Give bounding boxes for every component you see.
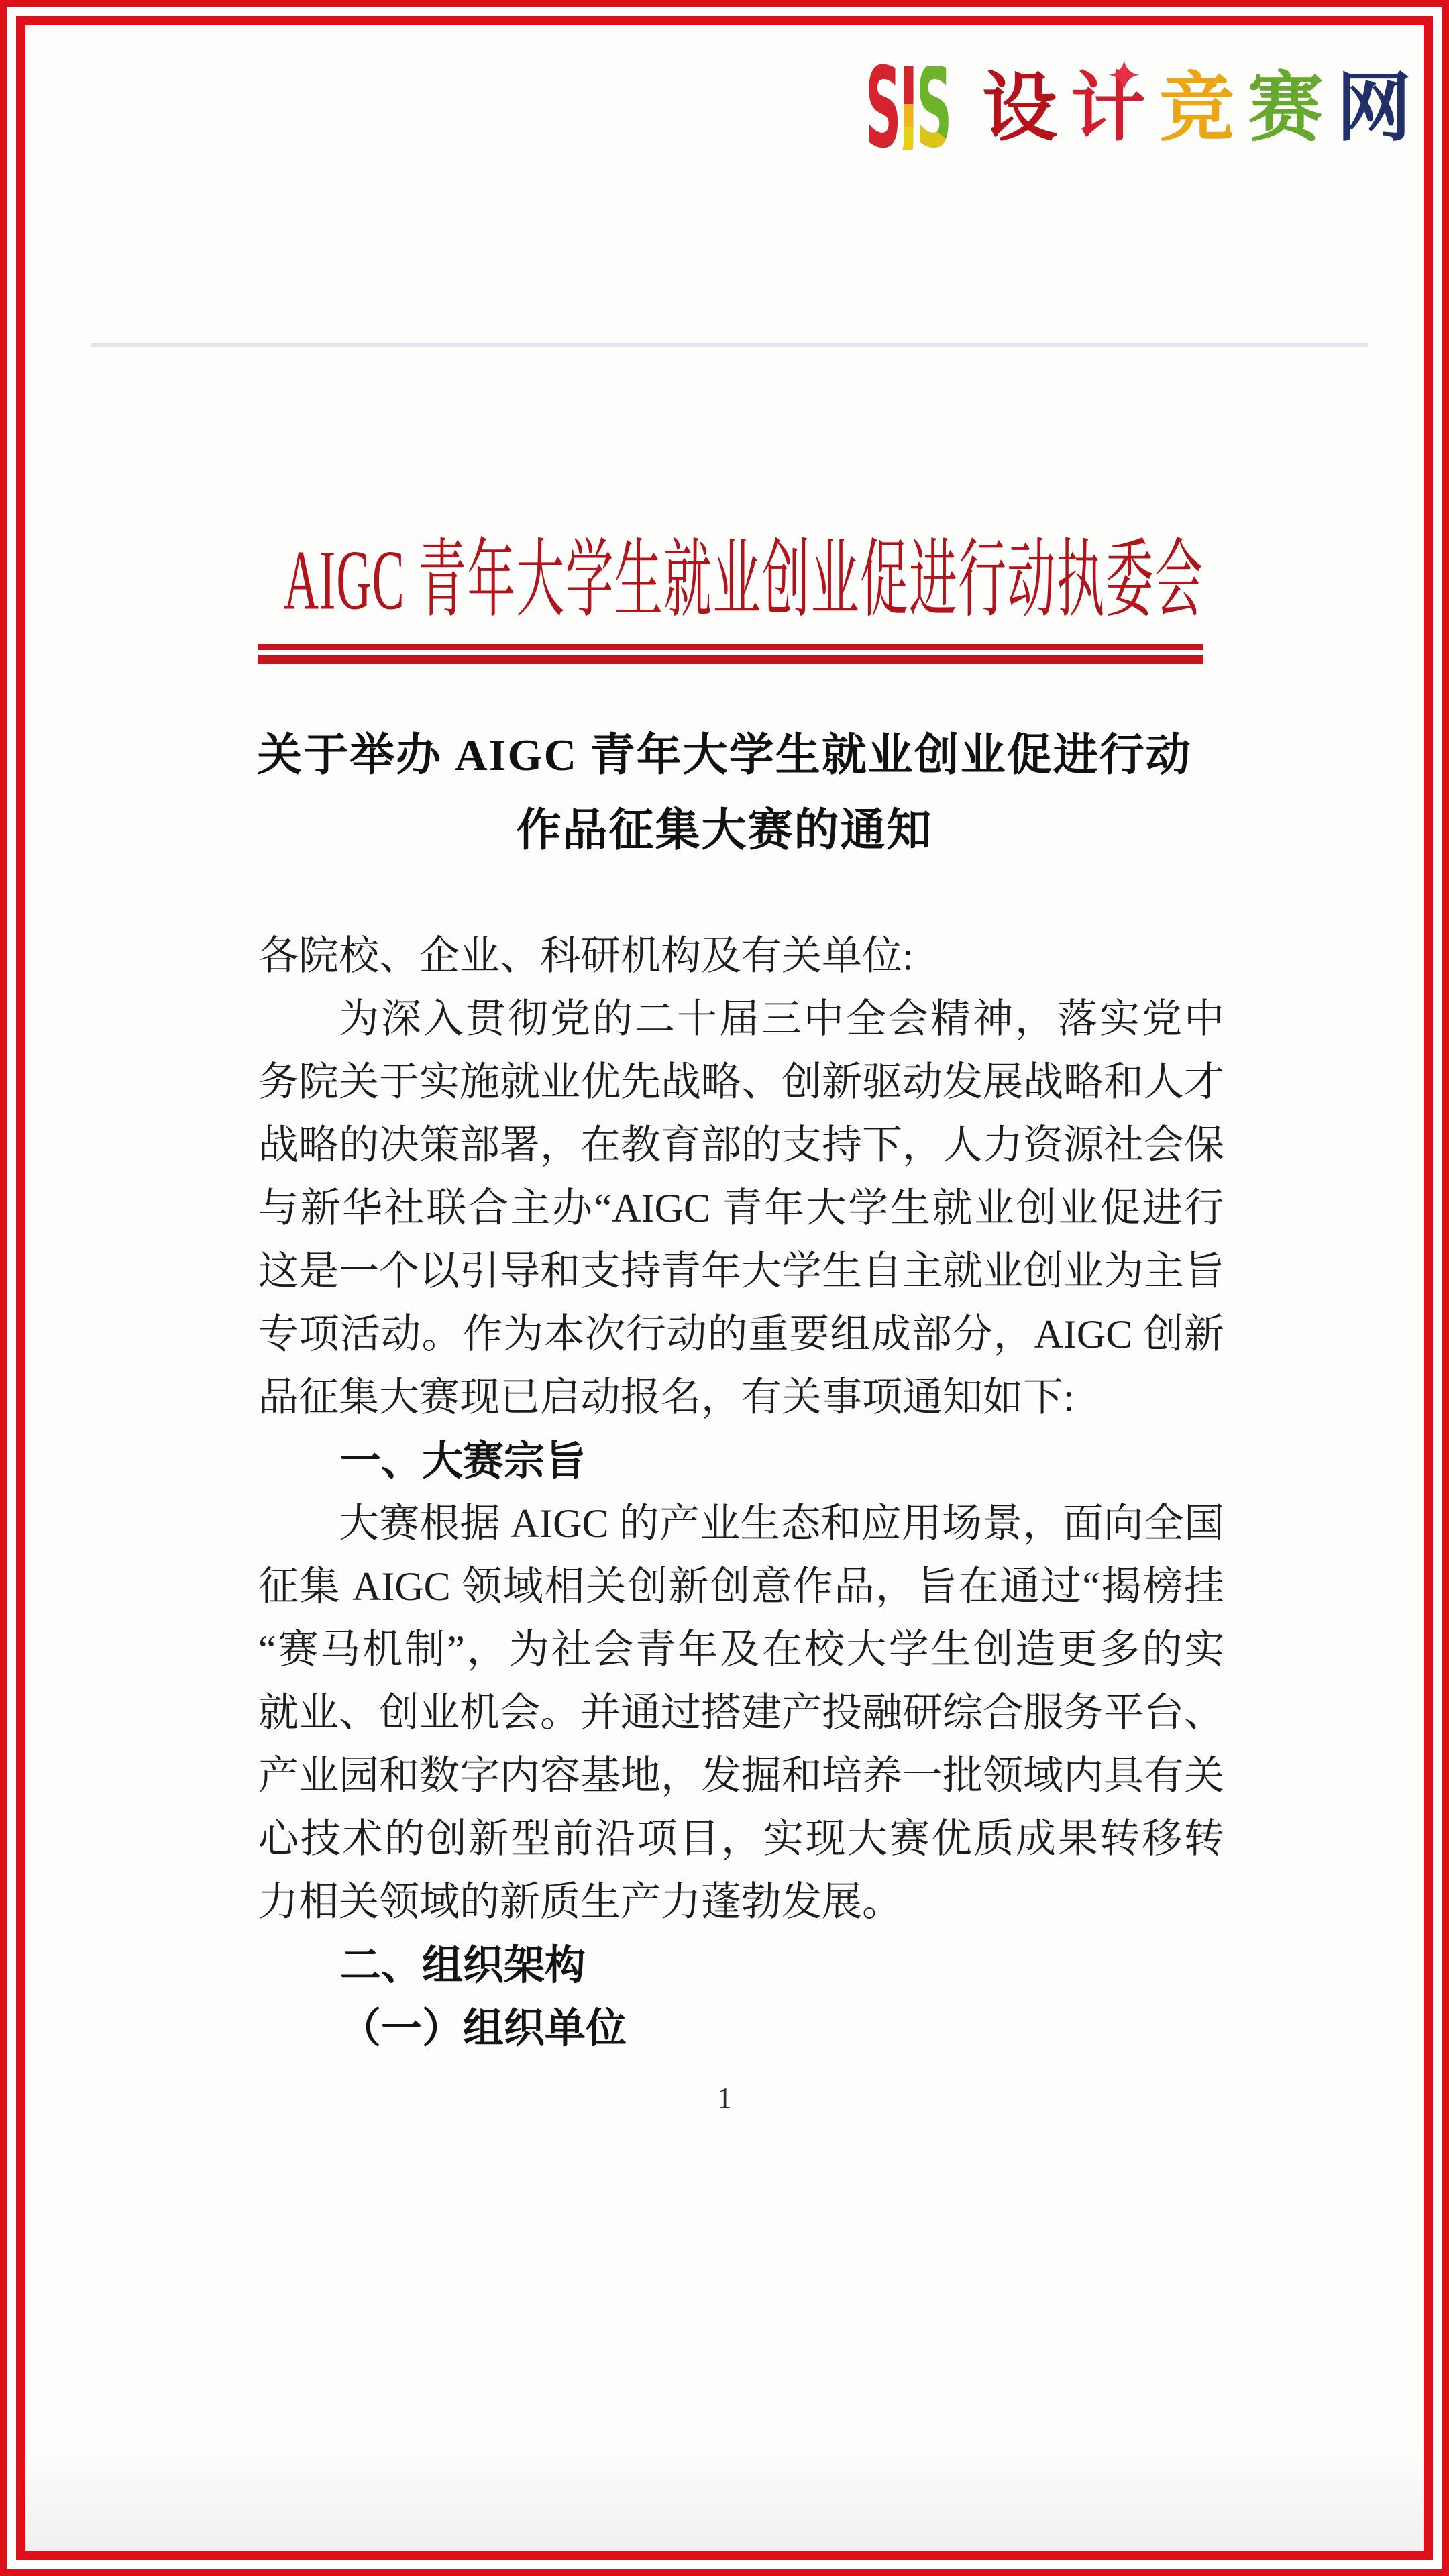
body-text: 各院校、企业、科研机构及有关单位: 为深入贯彻党的二十届三中全会精神，落实党中央… — [258, 924, 1224, 2059]
letterhead-rule-top — [258, 644, 1203, 650]
body-line: 大赛根据 AIGC 的产业生态和应用场景，面向全国公开 — [258, 1492, 1224, 1555]
sparkle-icon: ✦ — [1106, 54, 1142, 99]
scanned-notice-document: S J S 设 计✦ 竞 赛 网 AIGC 青年大学生就业创业促进行动执委会 关… — [0, 0, 1449, 2576]
notice-title-line2: 作品征集大赛的通知 — [107, 794, 1342, 859]
body-line: 就业、创业机会。并通过搭建产投融研综合服务平台、AIGC — [258, 1681, 1224, 1744]
logo-char-jing: 竞 — [1159, 66, 1234, 150]
section-heading-1: 一、大赛宗旨 — [258, 1429, 1224, 1492]
logo-latin-letters: S J S — [865, 66, 911, 150]
sjs-design-competition-logo: S J S 设 计✦ 竞 赛 网 — [865, 64, 1411, 152]
letterhead-rule-bottom — [258, 655, 1203, 664]
letterhead: AIGC 青年大学生就业创业促进行动执委会 — [284, 530, 1449, 631]
logo-letter-s1: S — [865, 66, 900, 150]
page-number: 1 — [0, 2081, 1449, 2115]
logo-char-she: 设 — [982, 66, 1057, 150]
logo-char-wang: 网 — [1336, 66, 1411, 150]
body-line: 专项活动。作为本次行动的重要组成部分，AIGC 创新创意作 — [258, 1303, 1224, 1366]
logo-char-sai: 赛 — [1248, 66, 1323, 150]
body-line: 为深入贯彻党的二十届三中全会精神，落实党中央、国 — [258, 987, 1224, 1051]
logo-char-ji: 计✦ — [1071, 66, 1146, 150]
body-line: 征集 AIGC 领域相关创新创意作品，旨在通过“揭榜挂帅” — [258, 1555, 1224, 1618]
logo-letter-s2: S — [916, 66, 951, 150]
body-line: 务院关于实施就业优先战略、创新驱动发展战略和人才强国 — [258, 1051, 1224, 1114]
section-heading-2: 二、组织架构 — [258, 1933, 1224, 1996]
scan-fold-line — [91, 343, 1368, 347]
body-line: 力相关领域的新质生产力蓬勃发展。 — [258, 1870, 1224, 1933]
letterhead-title: AIGC 青年大学生就业创业促进行动执委会 — [284, 527, 1203, 634]
logo-cjk-characters: 设 计✦ 竞 赛 网 — [982, 66, 1411, 150]
subsection-heading: （一）组织单位 — [258, 1996, 1224, 2059]
notice-title-line1: 关于举办 AIGC 青年大学生就业创业促进行动 — [107, 719, 1342, 784]
salutation-line: 各院校、企业、科研机构及有关单位: — [258, 924, 1224, 987]
logo-letter-j: J — [900, 66, 916, 150]
body-line: 品征集大赛现已启动报名，有关事项通知如下: — [258, 1366, 1224, 1429]
scan-shadow — [25, 2450, 1424, 2551]
body-line: 这是一个以引导和支持青年大学生自主就业创业为主旨的 — [258, 1240, 1224, 1303]
body-line: 与新华社联合主办“AIGC 青年大学生就业创业促进行动”。 — [258, 1177, 1224, 1240]
body-line: 心技术的创新型前沿项目，实现大赛优质成果转移转化，助 — [258, 1807, 1224, 1870]
body-line: “赛马机制”，为社会青年及在校大学生创造更多的实习、 — [258, 1618, 1224, 1681]
body-line: 产业园和数字内容基地，发掘和培养一批领域内具有关键核 — [258, 1744, 1224, 1807]
body-line: 战略的决策部署，在教育部的支持下，人力资源社会保障部 — [258, 1114, 1224, 1177]
